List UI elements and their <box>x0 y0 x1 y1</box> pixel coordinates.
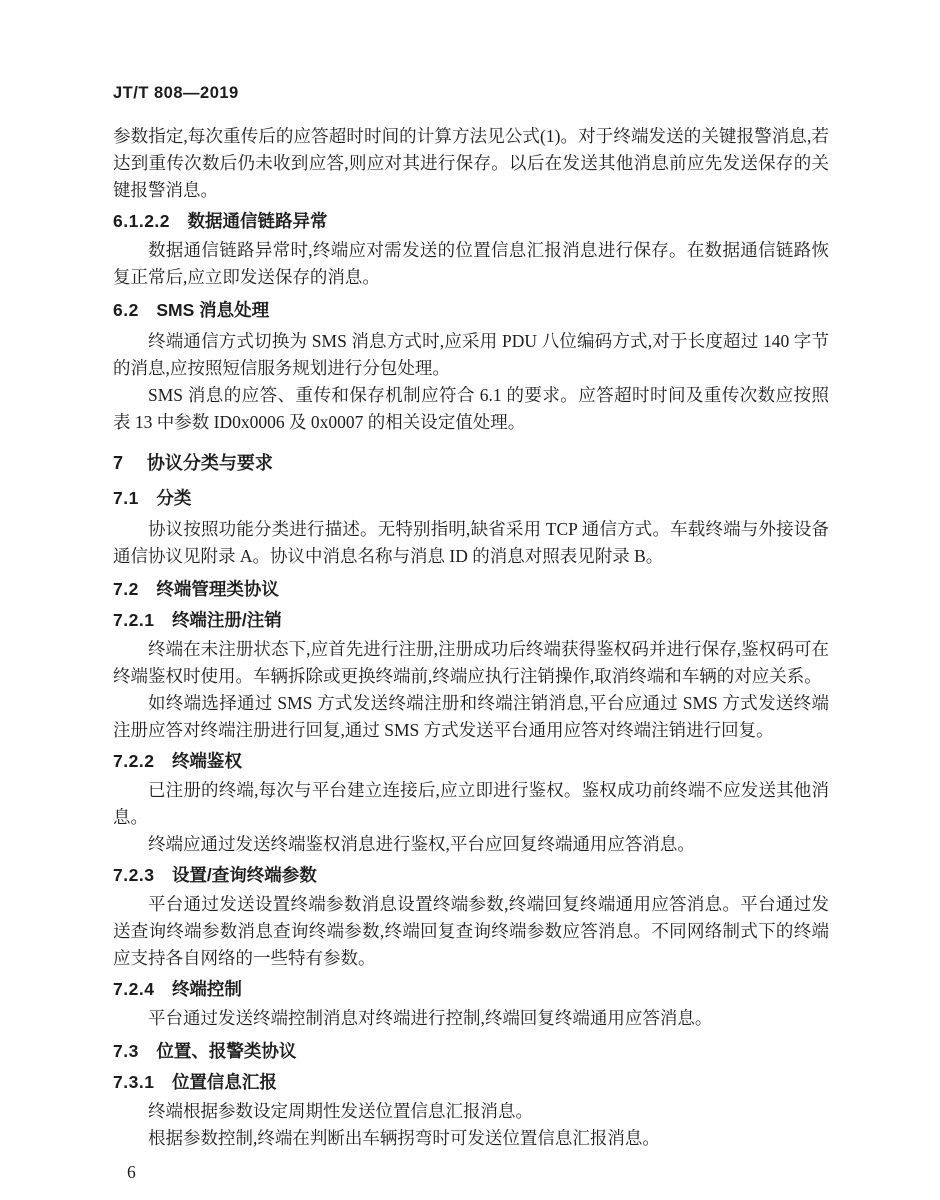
paragraph: 如终端选择通过 SMS 方式发送终端注册和终端注销消息,平台应通过 SMS 方式… <box>113 690 829 744</box>
heading-title: SMS 消息处理 <box>156 300 269 320</box>
section-heading: 7.2.2终端鉴权 <box>113 748 829 775</box>
heading-number: 7.1 <box>113 488 139 508</box>
heading-title: 终端控制 <box>172 979 242 999</box>
paragraph: 终端通信方式切换为 SMS 消息方式时,应采用 PDU 八位编码方式,对于长度超… <box>113 328 829 382</box>
heading-number: 6.2 <box>113 300 139 320</box>
heading-number: 7.2.2 <box>113 751 154 771</box>
section-heading: 6.2SMS 消息处理 <box>113 297 829 324</box>
document-blocks: 参数指定,每次重传后的应答超时时间的计算方法见公式(1)。对于终端发送的关键报警… <box>113 123 829 1152</box>
section-heading: 7.1分类 <box>113 485 829 512</box>
heading-title: 分类 <box>156 488 191 508</box>
section-heading: 7.2终端管理类协议 <box>113 576 829 603</box>
heading-title: 终端注册/注销 <box>172 610 282 630</box>
document-page: JT/T 808—2019 参数指定,每次重传后的应答超时时间的计算方法见公式(… <box>0 0 940 1200</box>
section-heading: 7.3位置、报警类协议 <box>113 1038 829 1065</box>
heading-title: 数据通信链路异常 <box>188 211 328 231</box>
paragraph: SMS 消息的应答、重传和保存机制应符合 6.1 的要求。应答超时时间及重传次数… <box>113 382 829 436</box>
heading-title: 终端管理类协议 <box>156 579 279 599</box>
paragraph: 终端在未注册状态下,应首先进行注册,注册成功后终端获得鉴权码并进行保存,鉴权码可… <box>113 636 829 690</box>
heading-number: 7.3 <box>113 1041 139 1061</box>
heading-title: 位置信息汇报 <box>172 1072 277 1092</box>
section-heading: 7.2.1终端注册/注销 <box>113 607 829 634</box>
section-heading: 7协议分类与要求 <box>113 450 829 477</box>
heading-number: 7.2.1 <box>113 610 154 630</box>
heading-number: 7.2.3 <box>113 865 154 885</box>
heading-title: 设置/查询终端参数 <box>172 865 317 885</box>
page-content-area: JT/T 808—2019 参数指定,每次重传后的应答超时时间的计算方法见公式(… <box>0 0 940 1183</box>
paragraph: 平台通过发送终端控制消息对终端进行控制,终端回复终端通用应答消息。 <box>113 1005 829 1032</box>
section-heading: 7.2.4终端控制 <box>113 976 829 1003</box>
heading-number: 6.1.2.2 <box>113 211 170 231</box>
paragraph: 数据通信链路异常时,终端应对需发送的位置信息汇报消息进行保存。在数据通信链路恢复… <box>113 237 829 291</box>
document-header-standard-number: JT/T 808—2019 <box>113 84 829 103</box>
paragraph: 已注册的终端,每次与平台建立连接后,应立即进行鉴权。鉴权成功前终端不应发送其他消… <box>113 777 829 831</box>
heading-number: 7.3.1 <box>113 1072 154 1092</box>
paragraph: 平台通过发送设置终端参数消息设置终端参数,终端回复终端通用应答消息。平台通过发送… <box>113 891 829 972</box>
paragraph: 协议按照功能分类进行描述。无特别指明,缺省采用 TCP 通信方式。车载终端与外接… <box>113 516 829 570</box>
heading-number: 7 <box>113 453 124 473</box>
section-heading: 6.1.2.2数据通信链路异常 <box>113 208 829 235</box>
section-heading: 7.2.3设置/查询终端参数 <box>113 862 829 889</box>
paragraph: 根据参数控制,终端在判断出车辆拐弯时可发送位置信息汇报消息。 <box>113 1125 829 1152</box>
section-heading: 7.3.1位置信息汇报 <box>113 1069 829 1096</box>
heading-number: 7.2.4 <box>113 979 154 999</box>
heading-title: 协议分类与要求 <box>147 453 273 473</box>
paragraph: 参数指定,每次重传后的应答超时时间的计算方法见公式(1)。对于终端发送的关键报警… <box>113 123 829 204</box>
page-number: 6 <box>127 1162 829 1183</box>
heading-title: 位置、报警类协议 <box>156 1041 296 1061</box>
paragraph: 终端根据参数设定周期性发送位置信息汇报消息。 <box>113 1098 829 1125</box>
heading-number: 7.2 <box>113 579 139 599</box>
heading-title: 终端鉴权 <box>172 751 242 771</box>
paragraph: 终端应通过发送终端鉴权消息进行鉴权,平台应回复终端通用应答消息。 <box>113 831 829 858</box>
